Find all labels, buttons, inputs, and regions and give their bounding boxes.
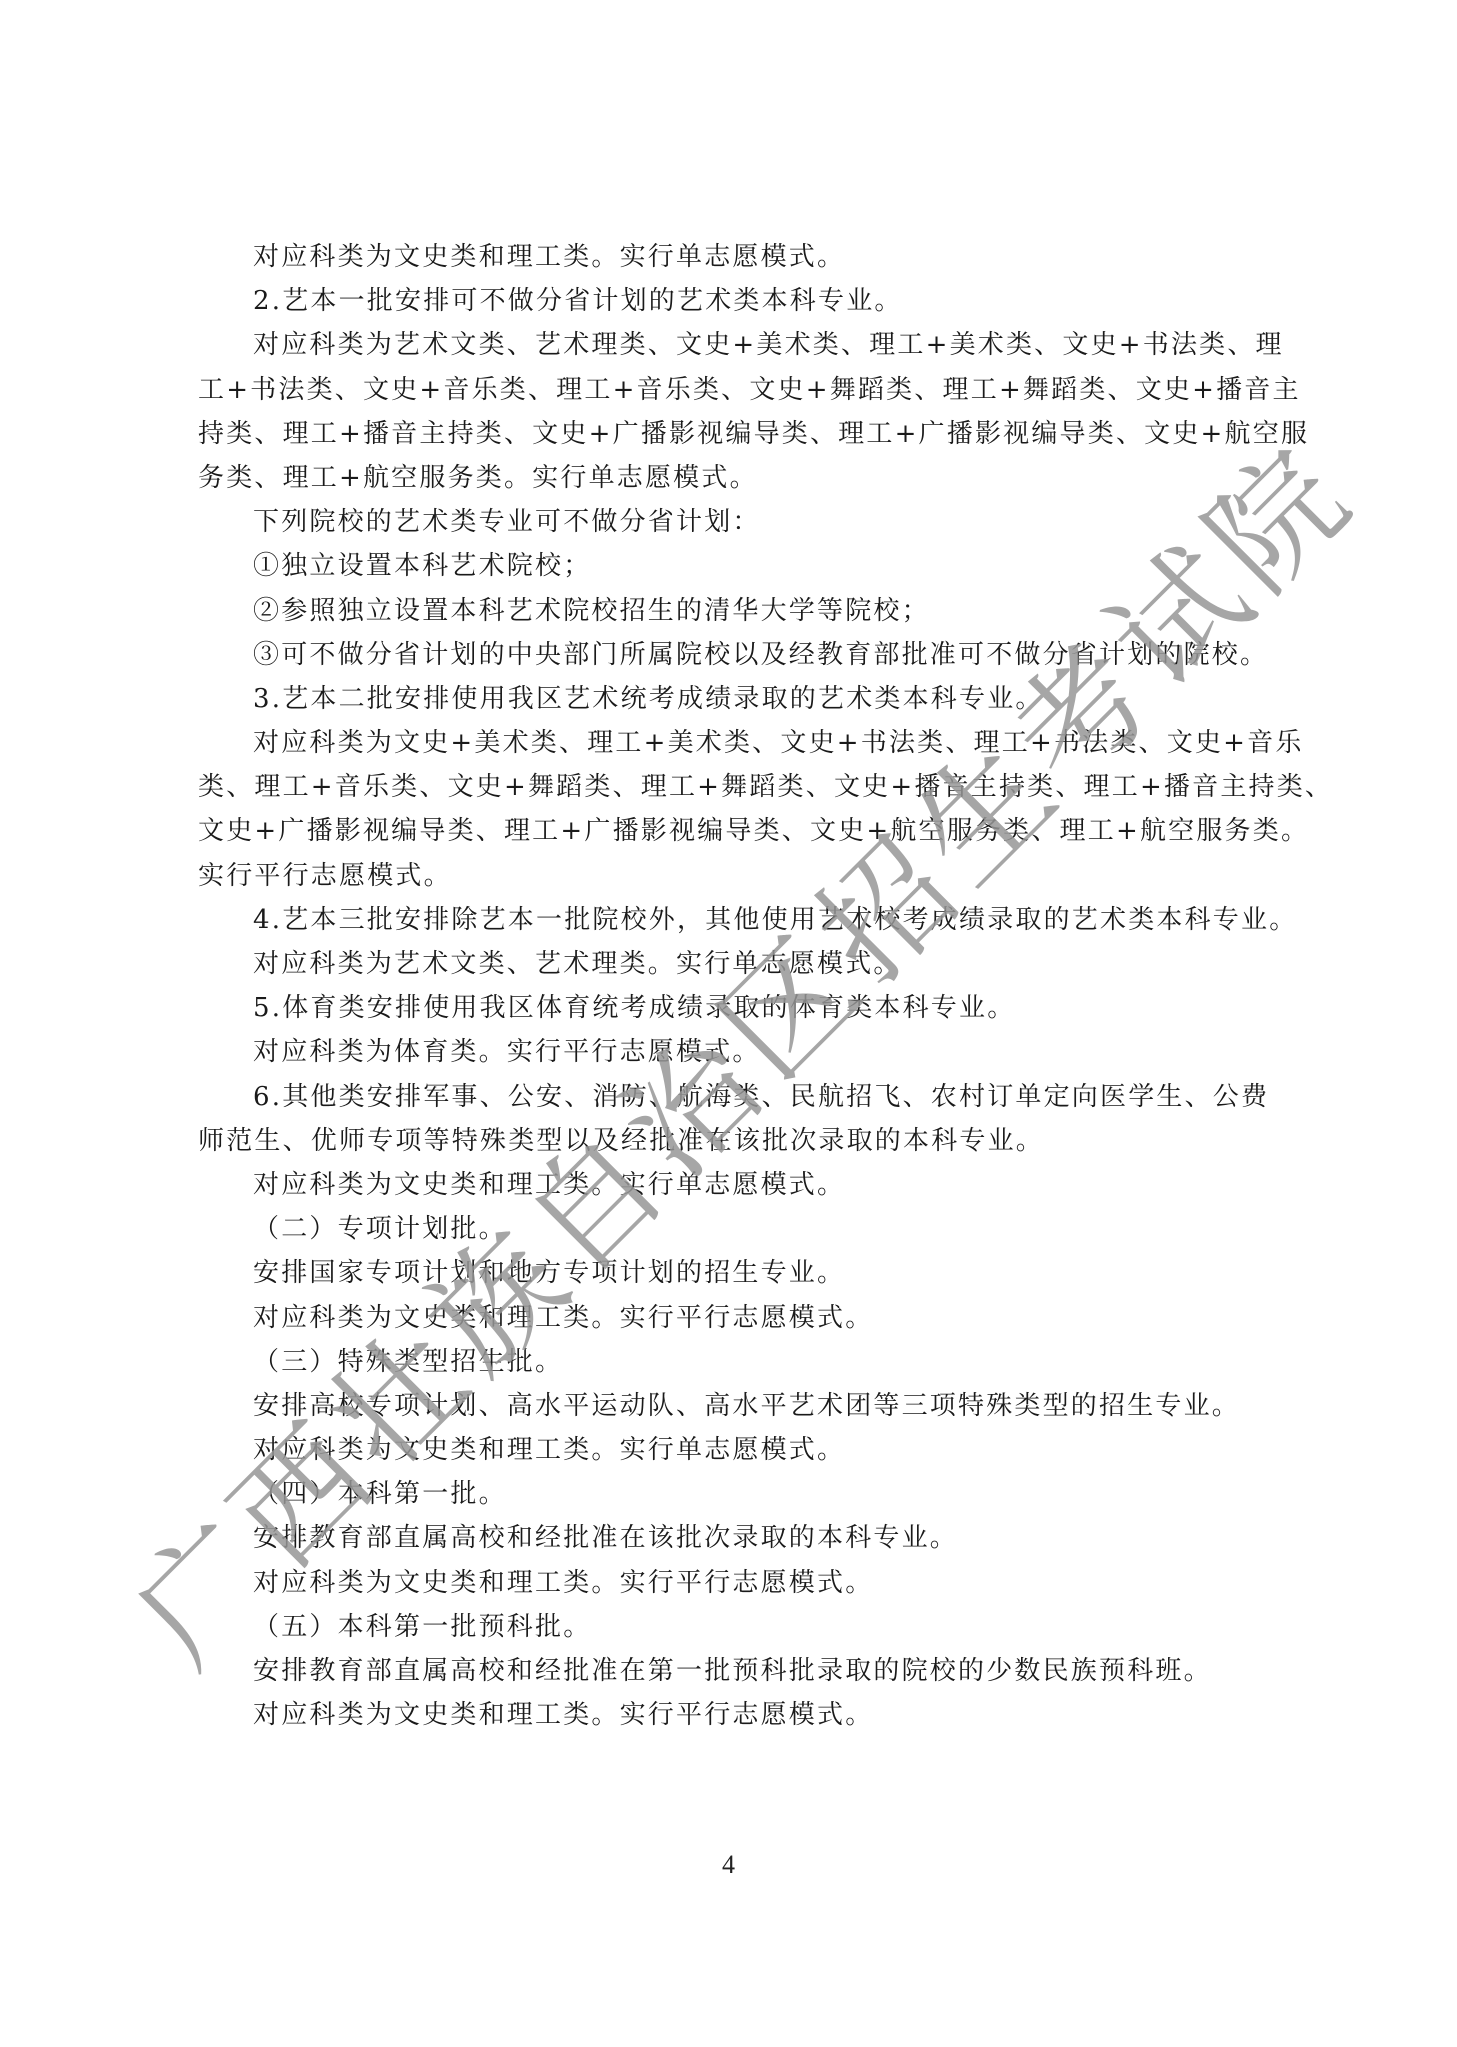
text-line: 4.艺本三批安排除艺本一批院校外，其他使用艺术校考成绩录取的艺术类本科专业。 [198, 898, 1260, 942]
document-body: 对应科类为文史类和理工类。实行单志愿模式。2.艺本一批安排可不做分省计划的艺术类… [198, 235, 1260, 1737]
text-line: 务类、理工+航空服务类。实行单志愿模式。 [198, 456, 1260, 500]
text-line: （五）本科第一批预科批。 [198, 1605, 1260, 1649]
text-line: 对应科类为文史类和理工类。实行平行志愿模式。 [198, 1296, 1260, 1340]
text-line: 文史+广播影视编导类、理工+广播影视编导类、文史+航空服务类、理工+航空服务类。 [198, 809, 1260, 853]
text-line: （三）特殊类型招生批。 [198, 1340, 1260, 1384]
text-line: 2.艺本一批安排可不做分省计划的艺术类本科专业。 [198, 279, 1260, 323]
text-line: 对应科类为艺术文类、艺术理类。实行单志愿模式。 [198, 942, 1260, 986]
text-line: 对应科类为文史类和理工类。实行平行志愿模式。 [198, 1561, 1260, 1605]
document-page: 对应科类为文史类和理工类。实行单志愿模式。2.艺本一批安排可不做分省计划的艺术类… [0, 0, 1457, 2047]
text-line: 对应科类为文史类和理工类。实行单志愿模式。 [198, 235, 1260, 279]
text-line: 对应科类为文史类和理工类。实行单志愿模式。 [198, 1428, 1260, 1472]
text-line: 5.体育类安排使用我区体育统考成绩录取的体育类本科专业。 [198, 986, 1260, 1030]
text-line: 对应科类为文史类和理工类。实行平行志愿模式。 [198, 1693, 1260, 1737]
page-number: 4 [0, 1850, 1457, 1880]
text-line: （四）本科第一批。 [198, 1472, 1260, 1516]
text-line: 对应科类为文史+美术类、理工+美术类、文史+书法类、理工+书法类、文史+音乐 [198, 721, 1260, 765]
text-line: ②参照独立设置本科艺术院校招生的清华大学等院校； [198, 589, 1260, 633]
text-line: 6.其他类安排军事、公安、消防、航海类、民航招飞、农村订单定向医学生、公费 [198, 1075, 1260, 1119]
text-line: 3.艺本二批安排使用我区艺术统考成绩录取的艺术类本科专业。 [198, 677, 1260, 721]
text-line: 持类、理工+播音主持类、文史+广播影视编导类、理工+广播影视编导类、文史+航空服 [198, 412, 1260, 456]
text-line: 师范生、优师专项等特殊类型以及经批准在该批次录取的本科专业。 [198, 1119, 1260, 1163]
text-line: 对应科类为艺术文类、艺术理类、文史+美术类、理工+美术类、文史+书法类、理 [198, 323, 1260, 367]
text-line: 安排国家专项计划和地方专项计划的招生专业。 [198, 1251, 1260, 1295]
text-line: 安排教育部直属高校和经批准在第一批预科批录取的院校的少数民族预科班。 [198, 1649, 1260, 1693]
text-line: 安排高校专项计划、高水平运动队、高水平艺术团等三项特殊类型的招生专业。 [198, 1384, 1260, 1428]
text-line: 实行平行志愿模式。 [198, 854, 1260, 898]
text-line: 下列院校的艺术类专业可不做分省计划： [198, 500, 1260, 544]
text-line: 工+书法类、文史+音乐类、理工+音乐类、文史+舞蹈类、理工+舞蹈类、文史+播音主 [198, 368, 1260, 412]
text-line: （二）专项计划批。 [198, 1207, 1260, 1251]
text-line: 对应科类为体育类。实行平行志愿模式。 [198, 1030, 1260, 1074]
text-line: ③可不做分省计划的中央部门所属院校以及经教育部批准可不做分省计划的院校。 [198, 633, 1260, 677]
text-line: 对应科类为文史类和理工类。实行单志愿模式。 [198, 1163, 1260, 1207]
text-line: 安排教育部直属高校和经批准在该批次录取的本科专业。 [198, 1516, 1260, 1560]
text-line: 类、理工+音乐类、文史+舞蹈类、理工+舞蹈类、文史+播音主持类、理工+播音主持类… [198, 765, 1260, 809]
text-line: ①独立设置本科艺术院校； [198, 544, 1260, 588]
